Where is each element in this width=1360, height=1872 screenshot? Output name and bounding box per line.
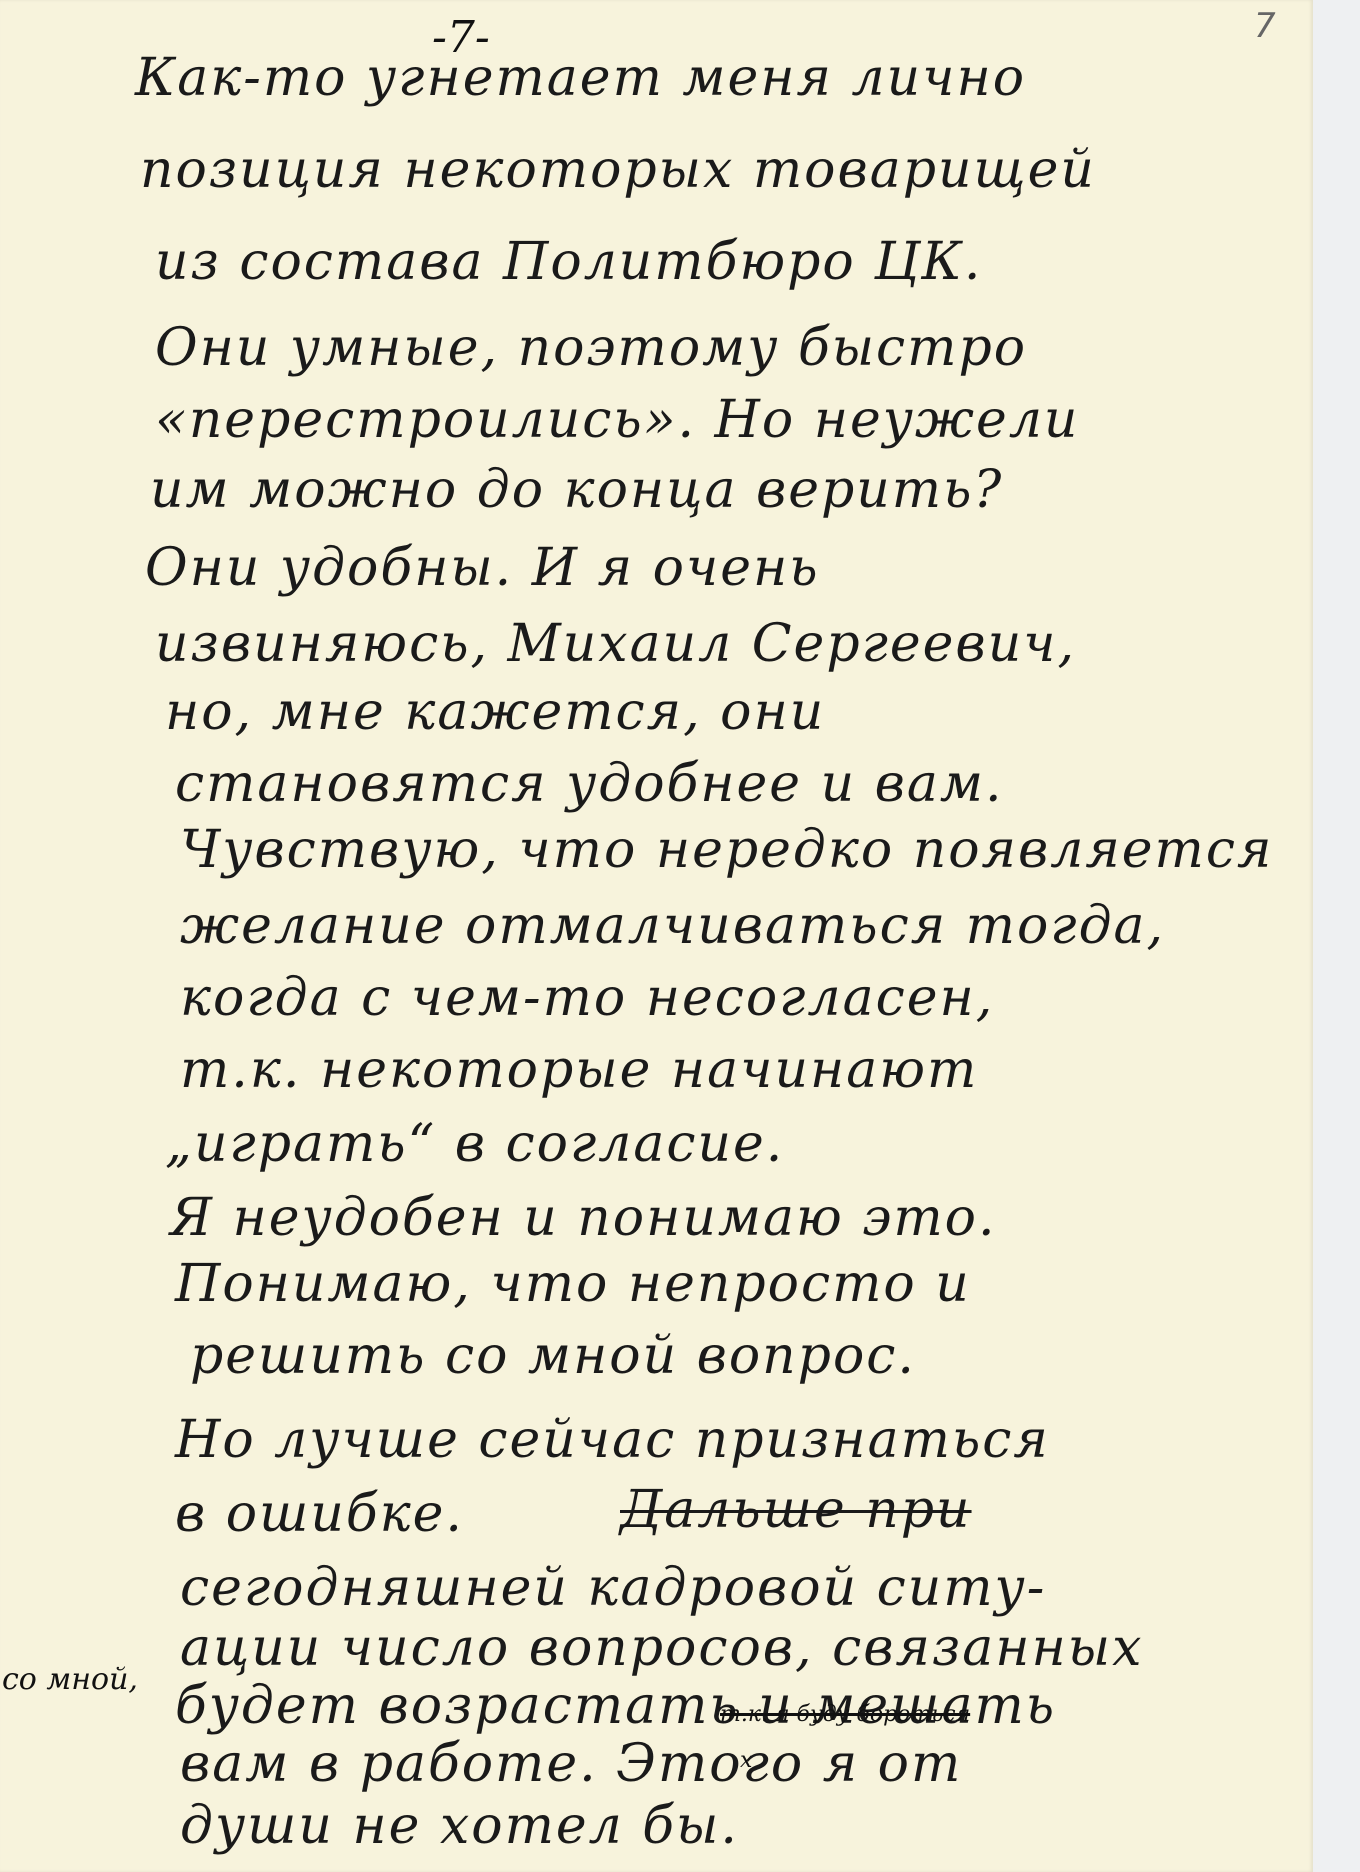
text-line-21: сегодняшней кадровой ситу-: [180, 1562, 1046, 1614]
struck-insertion: т.к. я буду бороться: [720, 1702, 970, 1727]
text-line-5: «перестроились». Но неужели: [155, 394, 1079, 446]
text-line-3: из состава Политбюро ЦК.: [155, 236, 982, 288]
margin-insertion: со мной,: [2, 1662, 138, 1697]
text-line-20: в ошибке.: [175, 1488, 464, 1540]
text-line-12: желание отмалчиваться тогда,: [180, 900, 1165, 952]
text-line-13: когда с чем-то несогласен,: [180, 972, 994, 1024]
text-line-4: Они умные, поэтому быстро: [155, 322, 1027, 374]
text-line-7: Они удобны. И я очень: [145, 542, 820, 594]
text-line-24: вам в работе. Этого я от: [180, 1738, 962, 1790]
insertion-mark: х: [740, 1748, 752, 1773]
text-line-10: становятся удобнее и вам.: [175, 758, 1004, 810]
text-line-8: извиняюсь, Михаил Сергеевич,: [155, 618, 1076, 670]
text-line-6: им можно до конца верить?: [150, 464, 1003, 516]
text-line-1: Как-то угнетает меня лично: [135, 52, 1026, 104]
text-line-16: Я неудобен и понимаю это.: [170, 1192, 997, 1244]
text-line-25: души не хотел бы.: [180, 1800, 739, 1852]
text-line-19: Но лучше сейчас признаться: [175, 1414, 1050, 1466]
scan-margin: [1313, 0, 1360, 1872]
text-line-9: но, мне кажется, они: [165, 686, 825, 738]
text-line-17: Понимаю, что непросто и: [175, 1258, 971, 1310]
text-line-18: решить со мной вопрос.: [190, 1330, 916, 1382]
text-line-14: т.к. некоторые начинают: [180, 1044, 978, 1096]
text-line-2: позиция некоторых товарищей: [140, 144, 1096, 196]
text-line-11: Чувствую, что нередко появляется: [180, 824, 1273, 876]
corner-page-mark: 7: [1254, 6, 1276, 46]
text-line-15: „играть“ в согласие.: [165, 1118, 784, 1170]
text-line-22: ации число вопросов, связанных: [180, 1622, 1143, 1674]
struck-phrase: Дальше при: [620, 1484, 972, 1536]
